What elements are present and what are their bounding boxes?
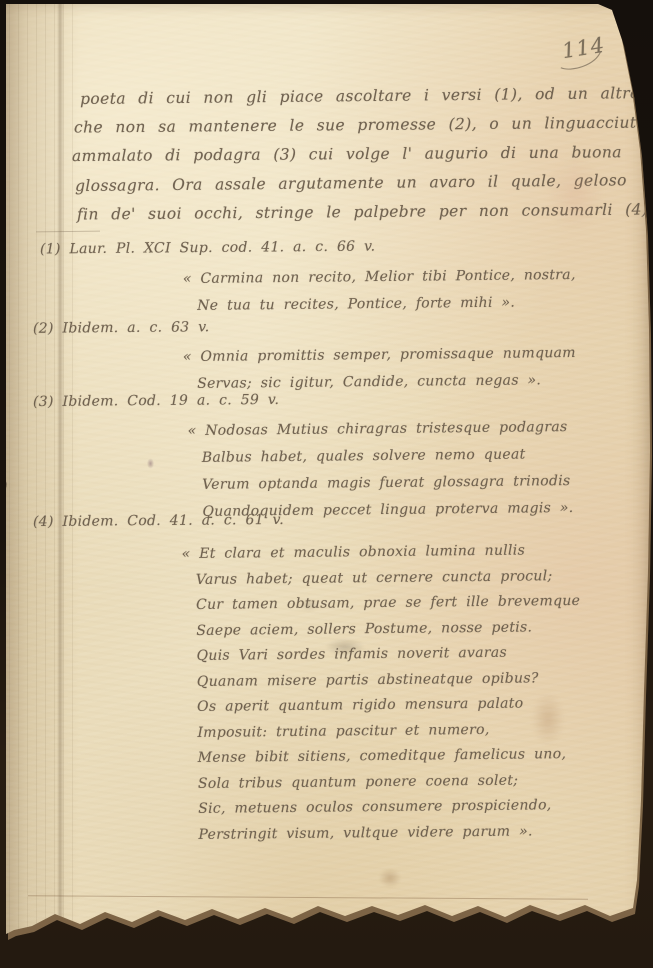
quote-line: Balbus habet, quales solvere nemo queat [202,441,573,472]
quote-line: Quis Vari sordes infamis noverit avaras [196,640,580,670]
quote-line: Saepe aciem, sollers Postume, nosse peti… [196,614,580,644]
quote-line: Imposuit: trutina pascitur et numero, [197,716,581,746]
page-shadow-wrap: 114 poeta di cui non gli piace ascoltare… [0,0,653,968]
quote-line: « Et clara et maculis obnoxia lumina nul… [181,538,579,568]
binding-gutter [0,0,80,968]
quote-line: Mense bibit sitiens, comeditque famelicu… [198,742,582,772]
main-paragraph: poeta di cui non gli piace ascoltare i v… [74,82,653,227]
paper-stain [376,866,404,890]
footnote-ref-2: (2) Ibidem. a. c. 63 v. [33,319,210,337]
quote-line: Varus habet; queat ut cernere cuncta pro… [196,563,580,593]
footnote-ref-4: (4) Ibidem. Cod. 41. a. c. 61 v. [33,512,284,530]
quote-line: « Carmina non recito, Melior tibi Pontic… [183,262,576,293]
quote-line: Quanam misere partis abstineatque opibus… [197,665,581,695]
footnote-quote-4: « Et clara et maculis obnoxia lumina nul… [181,538,582,848]
quote-line: « Omnia promittis semper, promissaque nu… [183,340,576,371]
manuscript-page: 114 poeta di cui non gli piace ascoltare… [0,0,653,968]
footnote-quote-3: « Nodosas Mutius chiragras tristesque po… [187,414,573,526]
manuscript-photo: 114 poeta di cui non gli piace ascoltare… [0,0,653,968]
paragraph-line: fin de' suoi occhi, stringe le palpebre … [77,195,653,229]
quote-line: Verum optanda magis fuerat glossagra tri… [202,468,573,499]
quote-line: Ne tua tu recites, Pontice, forte mihi »… [197,289,576,320]
footnote-ref-3: (3) Ibidem. Cod. 19 a. c. 59 v. [33,392,279,410]
quote-line: Sola tribus quantum ponere coena solet; [198,767,582,797]
paper-crease-line [28,895,588,899]
quote-line: Cur tamen obtusam, prae se fert ille bre… [196,589,580,619]
footnote-quote-2: « Omnia promittis semper, promissaque nu… [183,340,577,398]
ink-stain [146,457,155,470]
paragraph-line: che non sa mantenere le sue promesse (2)… [74,108,653,142]
footnote-quote-1: « Carmina non recito, Melior tibi Pontic… [183,262,576,320]
quote-line: Sic, metuens oculos consumere prospicien… [198,793,582,823]
footnote-ref-1: (1) Laur. Pl. XCI Sup. cod. 41. a. c. 66… [40,239,376,258]
quote-line: Os aperit quantum rigido mensura palato [197,691,581,721]
page-number: 114 [560,33,606,63]
quote-line: « Nodosas Mutius chiragras tristesque po… [187,414,572,445]
quote-line: Perstringit visum, vultque videre parum … [198,818,582,848]
